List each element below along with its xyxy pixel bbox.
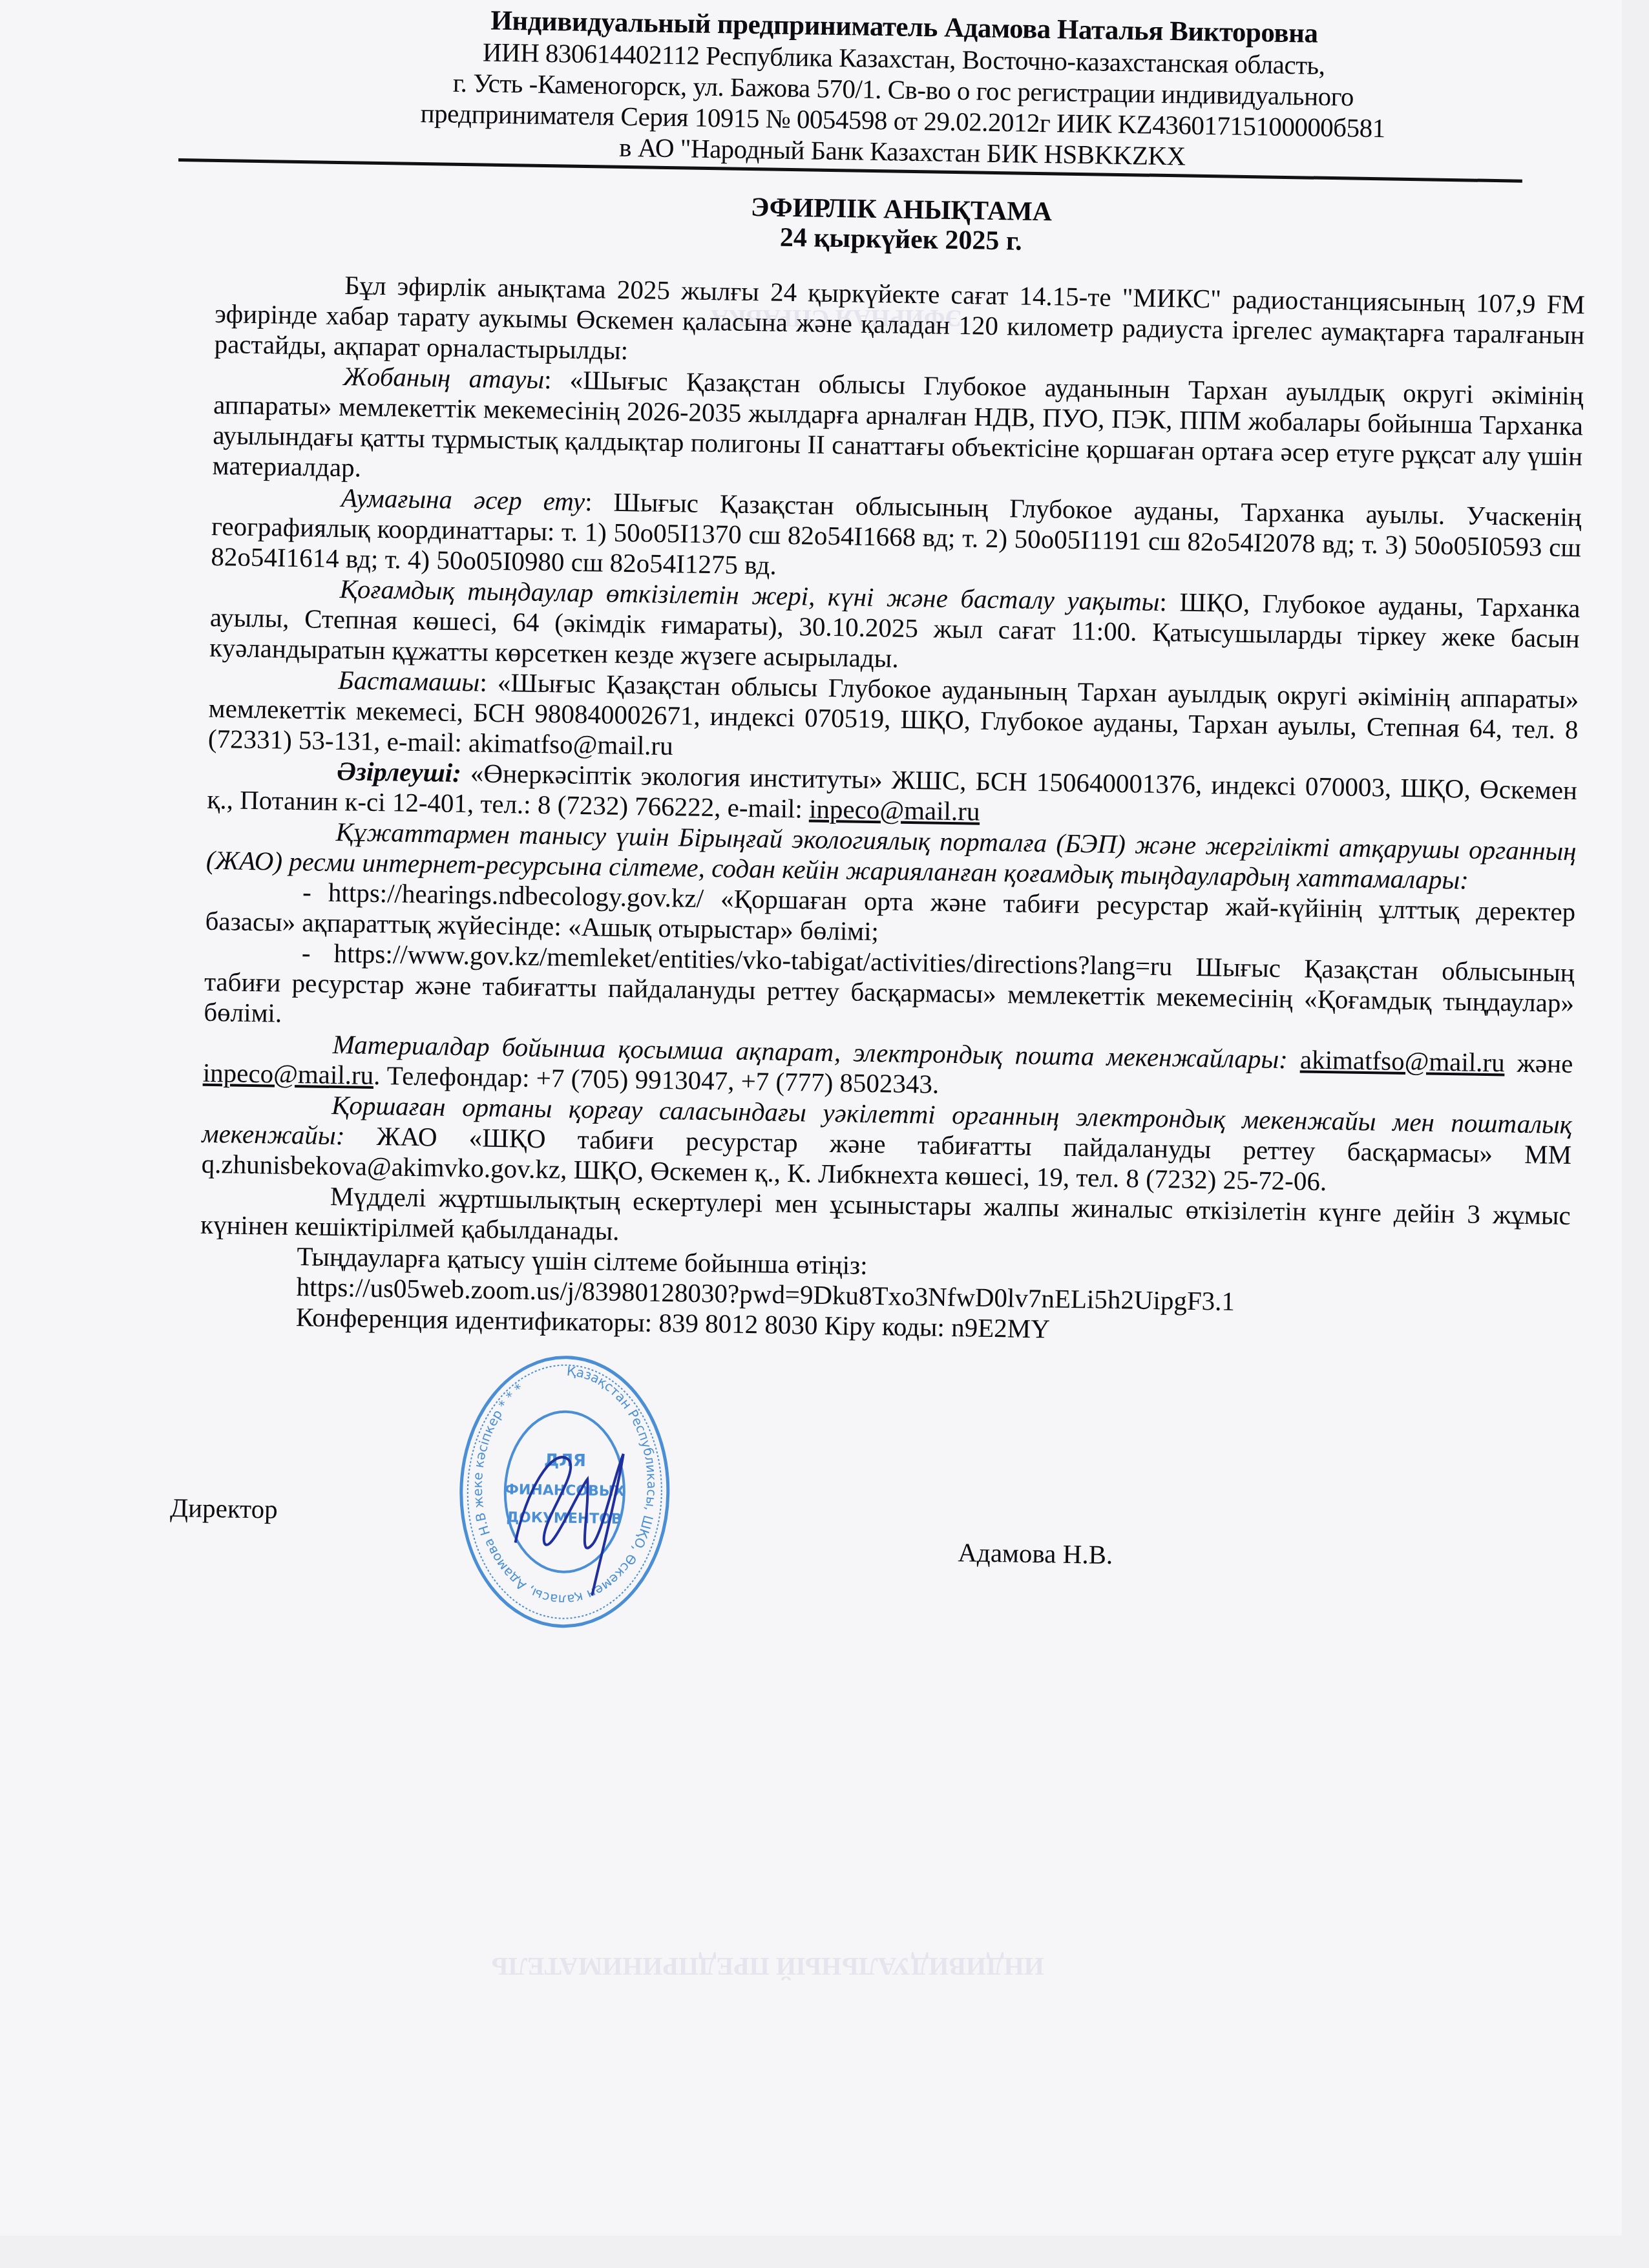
document-body: Бұл эфирлік анықтама 2025 жылғы 24 қыркү… — [199, 268, 1586, 1352]
project-label: Жобаның атауы — [343, 361, 545, 394]
materials-email-akimat-link[interactable]: akimatfso@mail.ru — [1300, 1044, 1505, 1077]
letterhead: Индивидуальный предприниматель Адамова Н… — [217, 0, 1590, 178]
developer-email-link[interactable]: inpeco@mail.ru — [809, 793, 980, 826]
impact-label: Аумағына әсер ету — [341, 483, 585, 516]
initiator-label: Бастамашы — [338, 665, 480, 697]
project-paragraph: Жобаның атауы: «Шығыс Қазақстан облысы Г… — [212, 359, 1584, 502]
developer-label: Әзірлеуші: — [337, 756, 461, 788]
document-heading: ЭФИРЛІК АНЫҚТАМА 24 қыркүйек 2025 г. — [216, 184, 1586, 265]
materials-email-inpeco-link[interactable]: inpeco@mail.ru — [203, 1058, 374, 1090]
scanned-page: ИНДИВИДУАЛЬНЫЙ ПРЕДПРИНИМАТЕЛЬ ЭФИРНАЯ С… — [0, 0, 1622, 2236]
svg-text:ДЛЯ: ДЛЯ — [544, 1451, 586, 1471]
signature-block: Директор Қазақстан Республикасы, ШҚО, Өс… — [194, 1357, 1568, 1650]
materials-and-text: және — [1504, 1047, 1573, 1078]
bleed-through-text: ИНДИВИДУАЛЬНЫЙ ПРЕДПРИНИМАТЕЛЬ — [491, 1951, 1044, 1982]
signer-name: Адамова Н.В. — [958, 1537, 1113, 1570]
signer-role: Директор — [170, 1492, 278, 1525]
document-sheet: Индивидуальный предприниматель Адамова Н… — [194, 0, 1589, 1650]
official-stamp-icon: Қазақстан Республикасы, ШҚО, Өскемен қал… — [452, 1348, 677, 1635]
